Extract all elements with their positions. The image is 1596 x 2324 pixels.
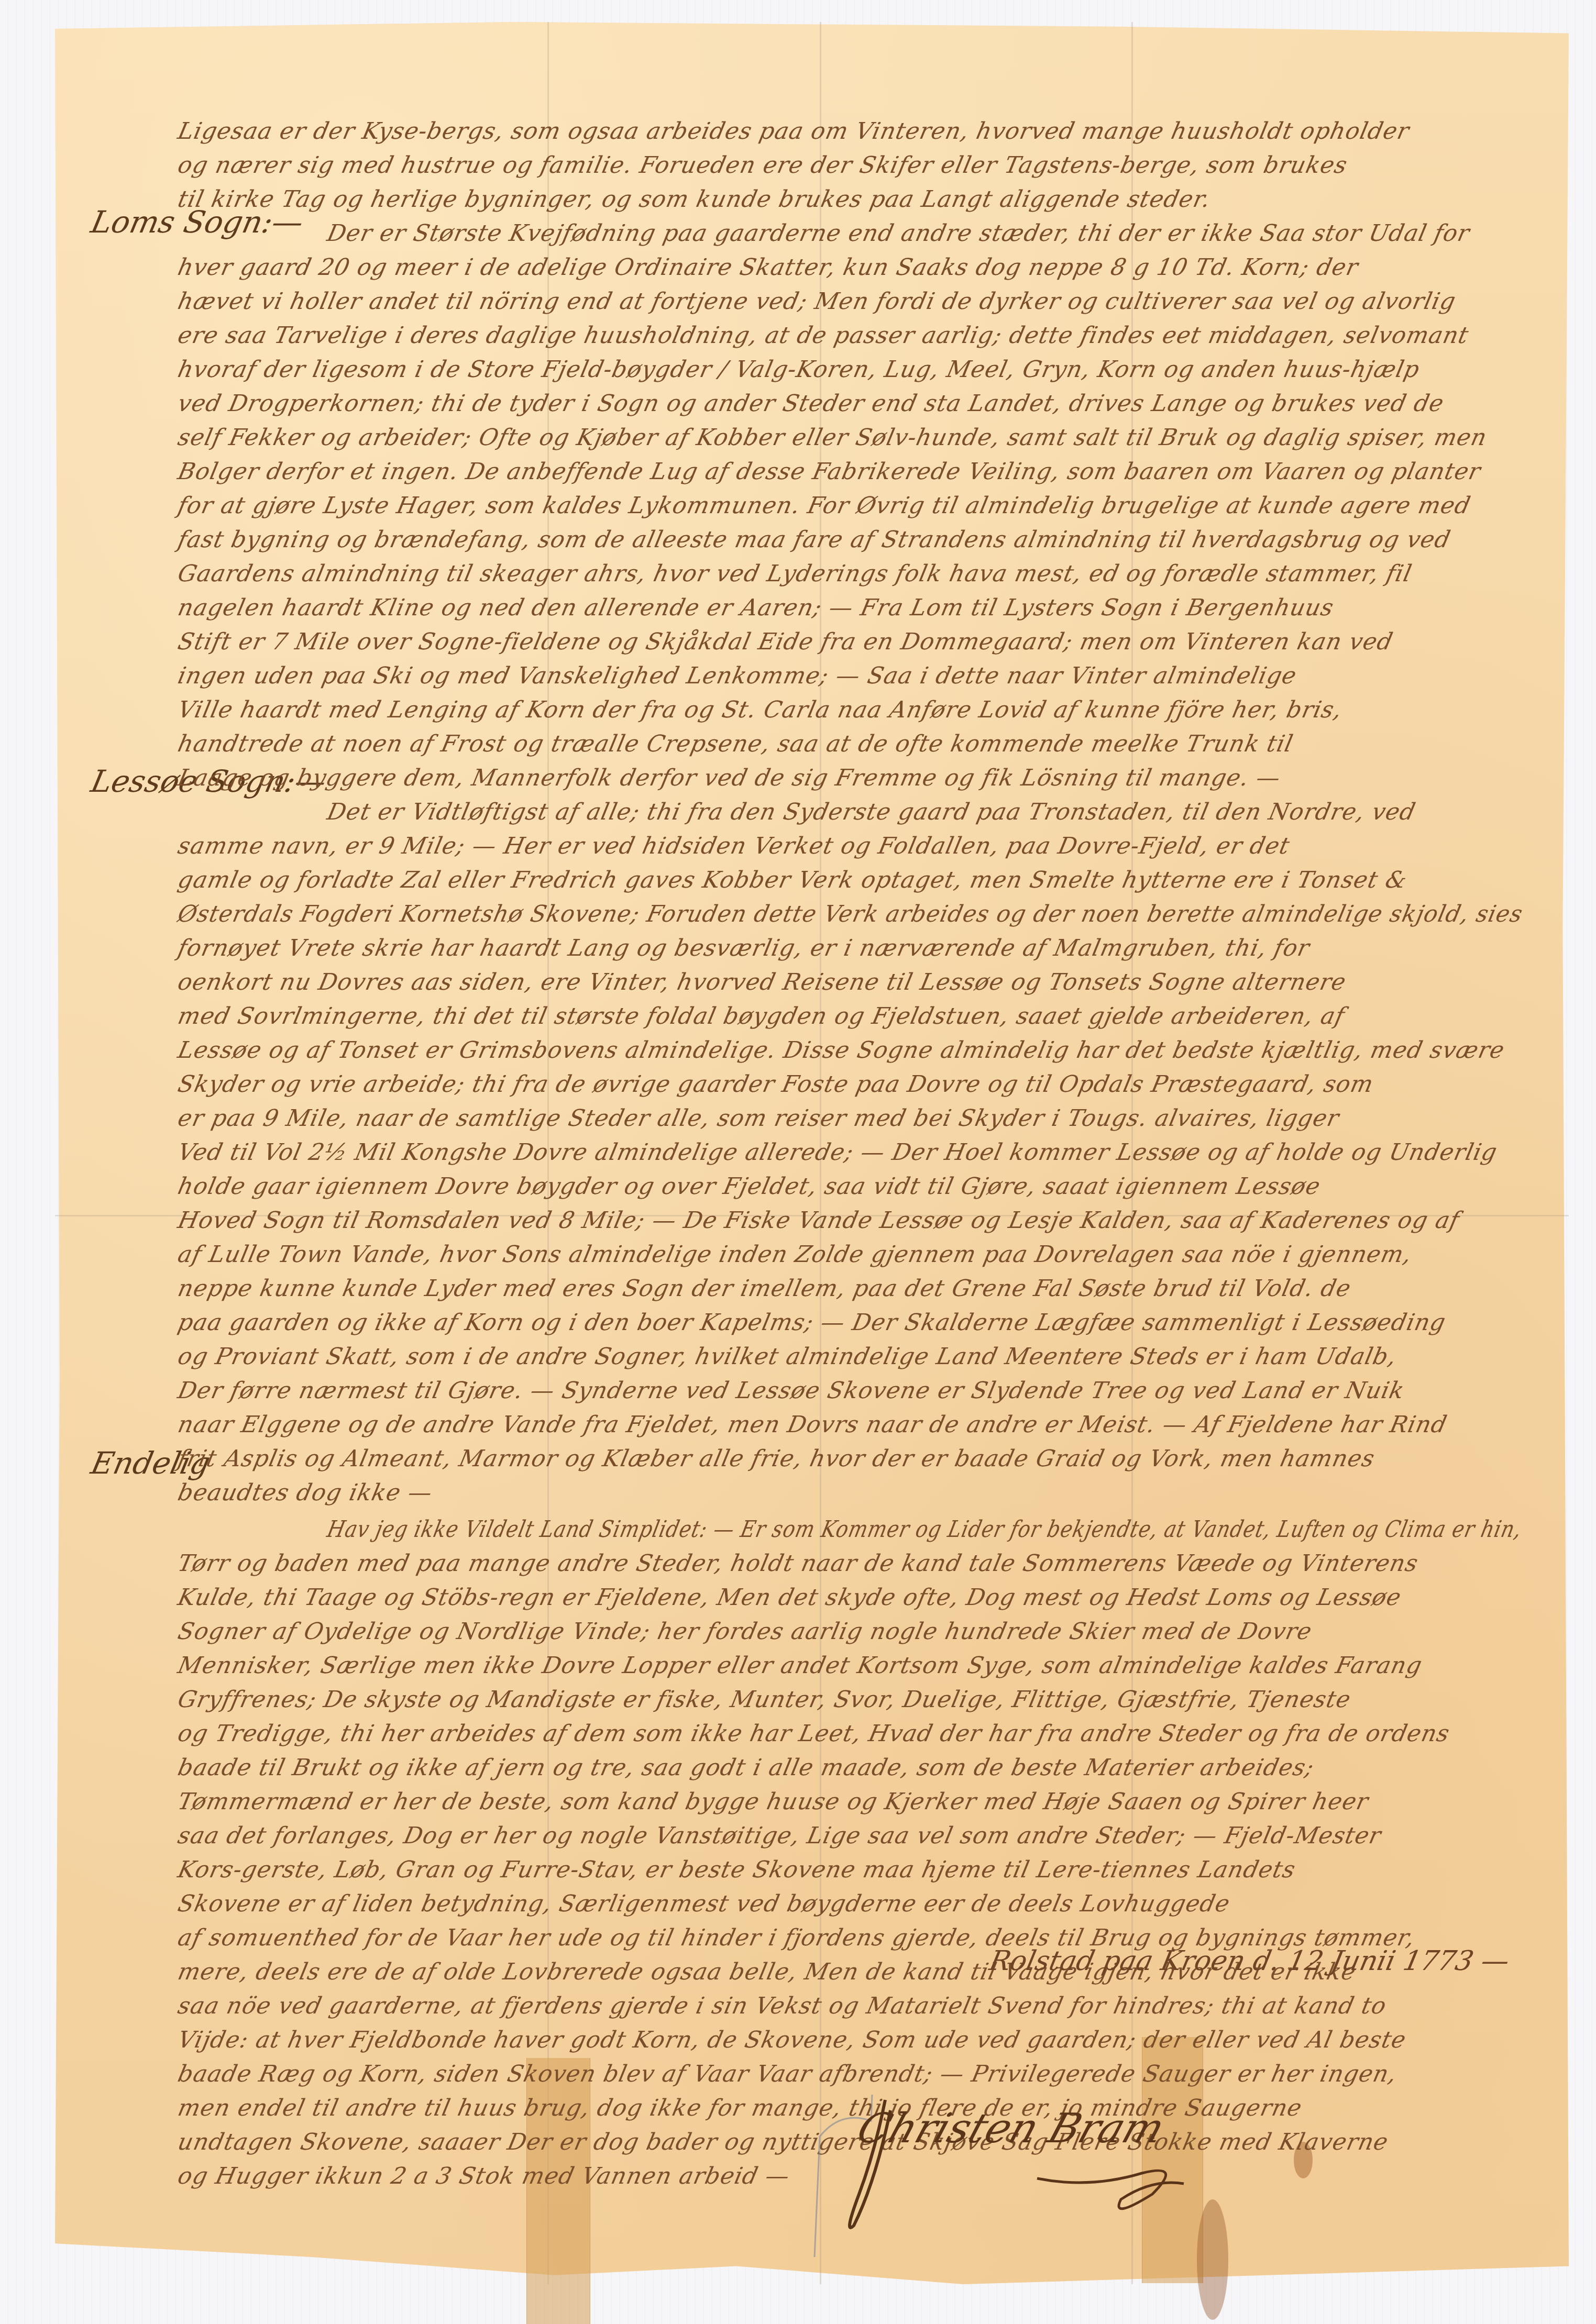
manuscript-line: handtrede at noen af Frost og træalle Cr… — [175, 731, 1525, 757]
manuscript-line: er paa 9 Mile, naar de samtlige Steder a… — [175, 1105, 1525, 1132]
manuscript-line: ere saa Tarvelige i deres daglige huusho… — [175, 322, 1525, 349]
place-date-line: Rolstad paa Kroen d. 12 Junii 1773 — — [987, 1945, 1512, 1977]
manuscript-line: oenkort nu Dovres aas siden, ere Vinter,… — [175, 969, 1525, 995]
manuscript-line: hævet vi holler andet til nöring end at … — [175, 288, 1525, 315]
manuscript-line: saa det forlanges, Dog er her og nogle V… — [175, 1822, 1525, 1849]
manuscript-line: Kors-gerste, Løb, Gran og Furre-Stav, er… — [175, 1856, 1525, 1883]
manuscript-line: beaudtes dog ikke — — [175, 1479, 1525, 1506]
manuscript-line: gamle og forladte Zal eller Fredrich gav… — [175, 867, 1525, 893]
manuscript-line: ved Drogperkornen; thi de tyder i Sogn o… — [175, 390, 1525, 417]
manuscript-line: Laage og byggere dem, Mannerfolk derfor … — [175, 765, 1525, 791]
manuscript-line: Skyder og vrie arbeide; thi fra de øvrig… — [175, 1071, 1525, 1098]
manuscript-line: Tømmermænd er her de beste, som kand byg… — [175, 1788, 1525, 1815]
manuscript-line: baade Ræg og Korn, siden Skoven blev af … — [175, 2061, 1525, 2087]
manuscript-line: Skovene er af liden betydning, Særligenm… — [175, 1890, 1525, 1917]
manuscript-line: og Proviant Skatt, som i de andre Sogner… — [175, 1343, 1525, 1370]
manuscript-line: Der er Største Kvejfødning paa gaarderne… — [325, 220, 1525, 247]
manuscript-line: til kirke Tag og herlige bygninger, og s… — [175, 186, 1525, 213]
manuscript-line: hver gaard 20 og meer i de adelige Ordin… — [175, 254, 1525, 281]
manuscript-line: Det er Vidtløftigst af alle; thi fra den… — [325, 799, 1525, 825]
manuscript-line: Hav jeg ikke Vildelt Land Simplidet: — E… — [325, 1516, 1358, 1543]
manuscript-line: naar Elggene og de andre Vande fra Fjeld… — [175, 1411, 1525, 1438]
manuscript-line: Tørr og baden med paa mange andre Steder… — [175, 1550, 1525, 1577]
manuscript-line: Kulde, thi Taage og Stöbs-regn er Fjelde… — [175, 1584, 1525, 1611]
manuscript-line: af Lulle Town Vande, hvor Sons almindeli… — [175, 1241, 1525, 1268]
manuscript-line: Stift er 7 Mile over Sogne-fieldene og S… — [175, 628, 1525, 655]
manuscript-line: fast bygning og brændefang, som de allee… — [175, 526, 1525, 553]
manuscript-line: Gryffrenes; De skyste og Mandigste er fi… — [175, 1686, 1525, 1713]
manuscript-line: fornøyet Vrete skrie har haardt Lang og … — [175, 935, 1525, 961]
manuscript-line: Gaardens almindning til skeager ahrs, hv… — [175, 560, 1525, 587]
manuscript-line: self Fekker og arbeider; Ofte og Kjøber … — [175, 424, 1525, 451]
manuscript-line: Ved til Vol 2½ Mil Kongshe Dovre alminde… — [175, 1139, 1525, 1166]
signature: Christen Bram — [851, 2105, 1170, 2152]
manuscript-line: saa nöe ved gaarderne, at fjerdens gjerd… — [175, 1993, 1525, 2019]
manuscript-line: nagelen haardt Kline og ned den allerend… — [175, 594, 1525, 621]
manuscript-line: Mennisker, Særlige men ikke Dovre Lopper… — [175, 1652, 1525, 1679]
manuscript-line: frit Asplis og Almeant, Marmor og Klæber… — [175, 1445, 1525, 1472]
manuscript-line: ingen uden paa Ski og med Vanskelighed L… — [175, 662, 1525, 689]
manuscript-line: med Sovrlmingerne, thi det til største f… — [175, 1003, 1525, 1030]
manuscript-line: samme navn, er 9 Mile; — Her er ved hids… — [175, 833, 1525, 859]
manuscript-line: Lessøe og af Tonset er Grimsbovens almin… — [175, 1037, 1525, 1064]
manuscript-line: neppe kunne kunde Lyder med eres Sogn de… — [175, 1275, 1525, 1302]
manuscript-line: Ville haardt med Lenging af Korn der fra… — [175, 696, 1525, 723]
manuscript-line: hvoraf der ligesom i de Store Fjeld-bøyg… — [175, 356, 1525, 383]
manuscript-line: og Tredigge, thi her arbeides af dem som… — [175, 1720, 1525, 1747]
manuscript-line: Vijde: at hver Fjeldbonde haver godt Kor… — [175, 2027, 1525, 2053]
manuscript-line: Østerdals Fogderi Kornetshø Skovene; For… — [175, 901, 1501, 927]
manuscript-line: Ligesaa er der Kyse-bergs, som ogsaa arb… — [175, 118, 1525, 145]
manuscript-line: Sogner af Oydelige og Nordlige Vinde; he… — [175, 1618, 1525, 1645]
manuscript-line: Hoved Sogn til Romsdalen ved 8 Mile; — D… — [175, 1207, 1525, 1234]
manuscript-line: paa gaarden og ikke af Korn og i den boe… — [175, 1309, 1525, 1336]
manuscript-line: og nærer sig med hustrue og familie. For… — [175, 152, 1525, 179]
manuscript-line: for at gjøre Lyste Hager, som kaldes Lyk… — [175, 492, 1525, 519]
manuscript-line: baade til Brukt og ikke af jern og tre, … — [175, 1754, 1525, 1781]
manuscript-line: holde gaar igiennem Dovre bøygder og ove… — [175, 1173, 1525, 1200]
manuscript-line: Bolger derfor et ingen. De anbeffende Lu… — [175, 458, 1525, 485]
manuscript-line: Der førre nærmest til Gjøre. — Synderne … — [175, 1377, 1525, 1404]
